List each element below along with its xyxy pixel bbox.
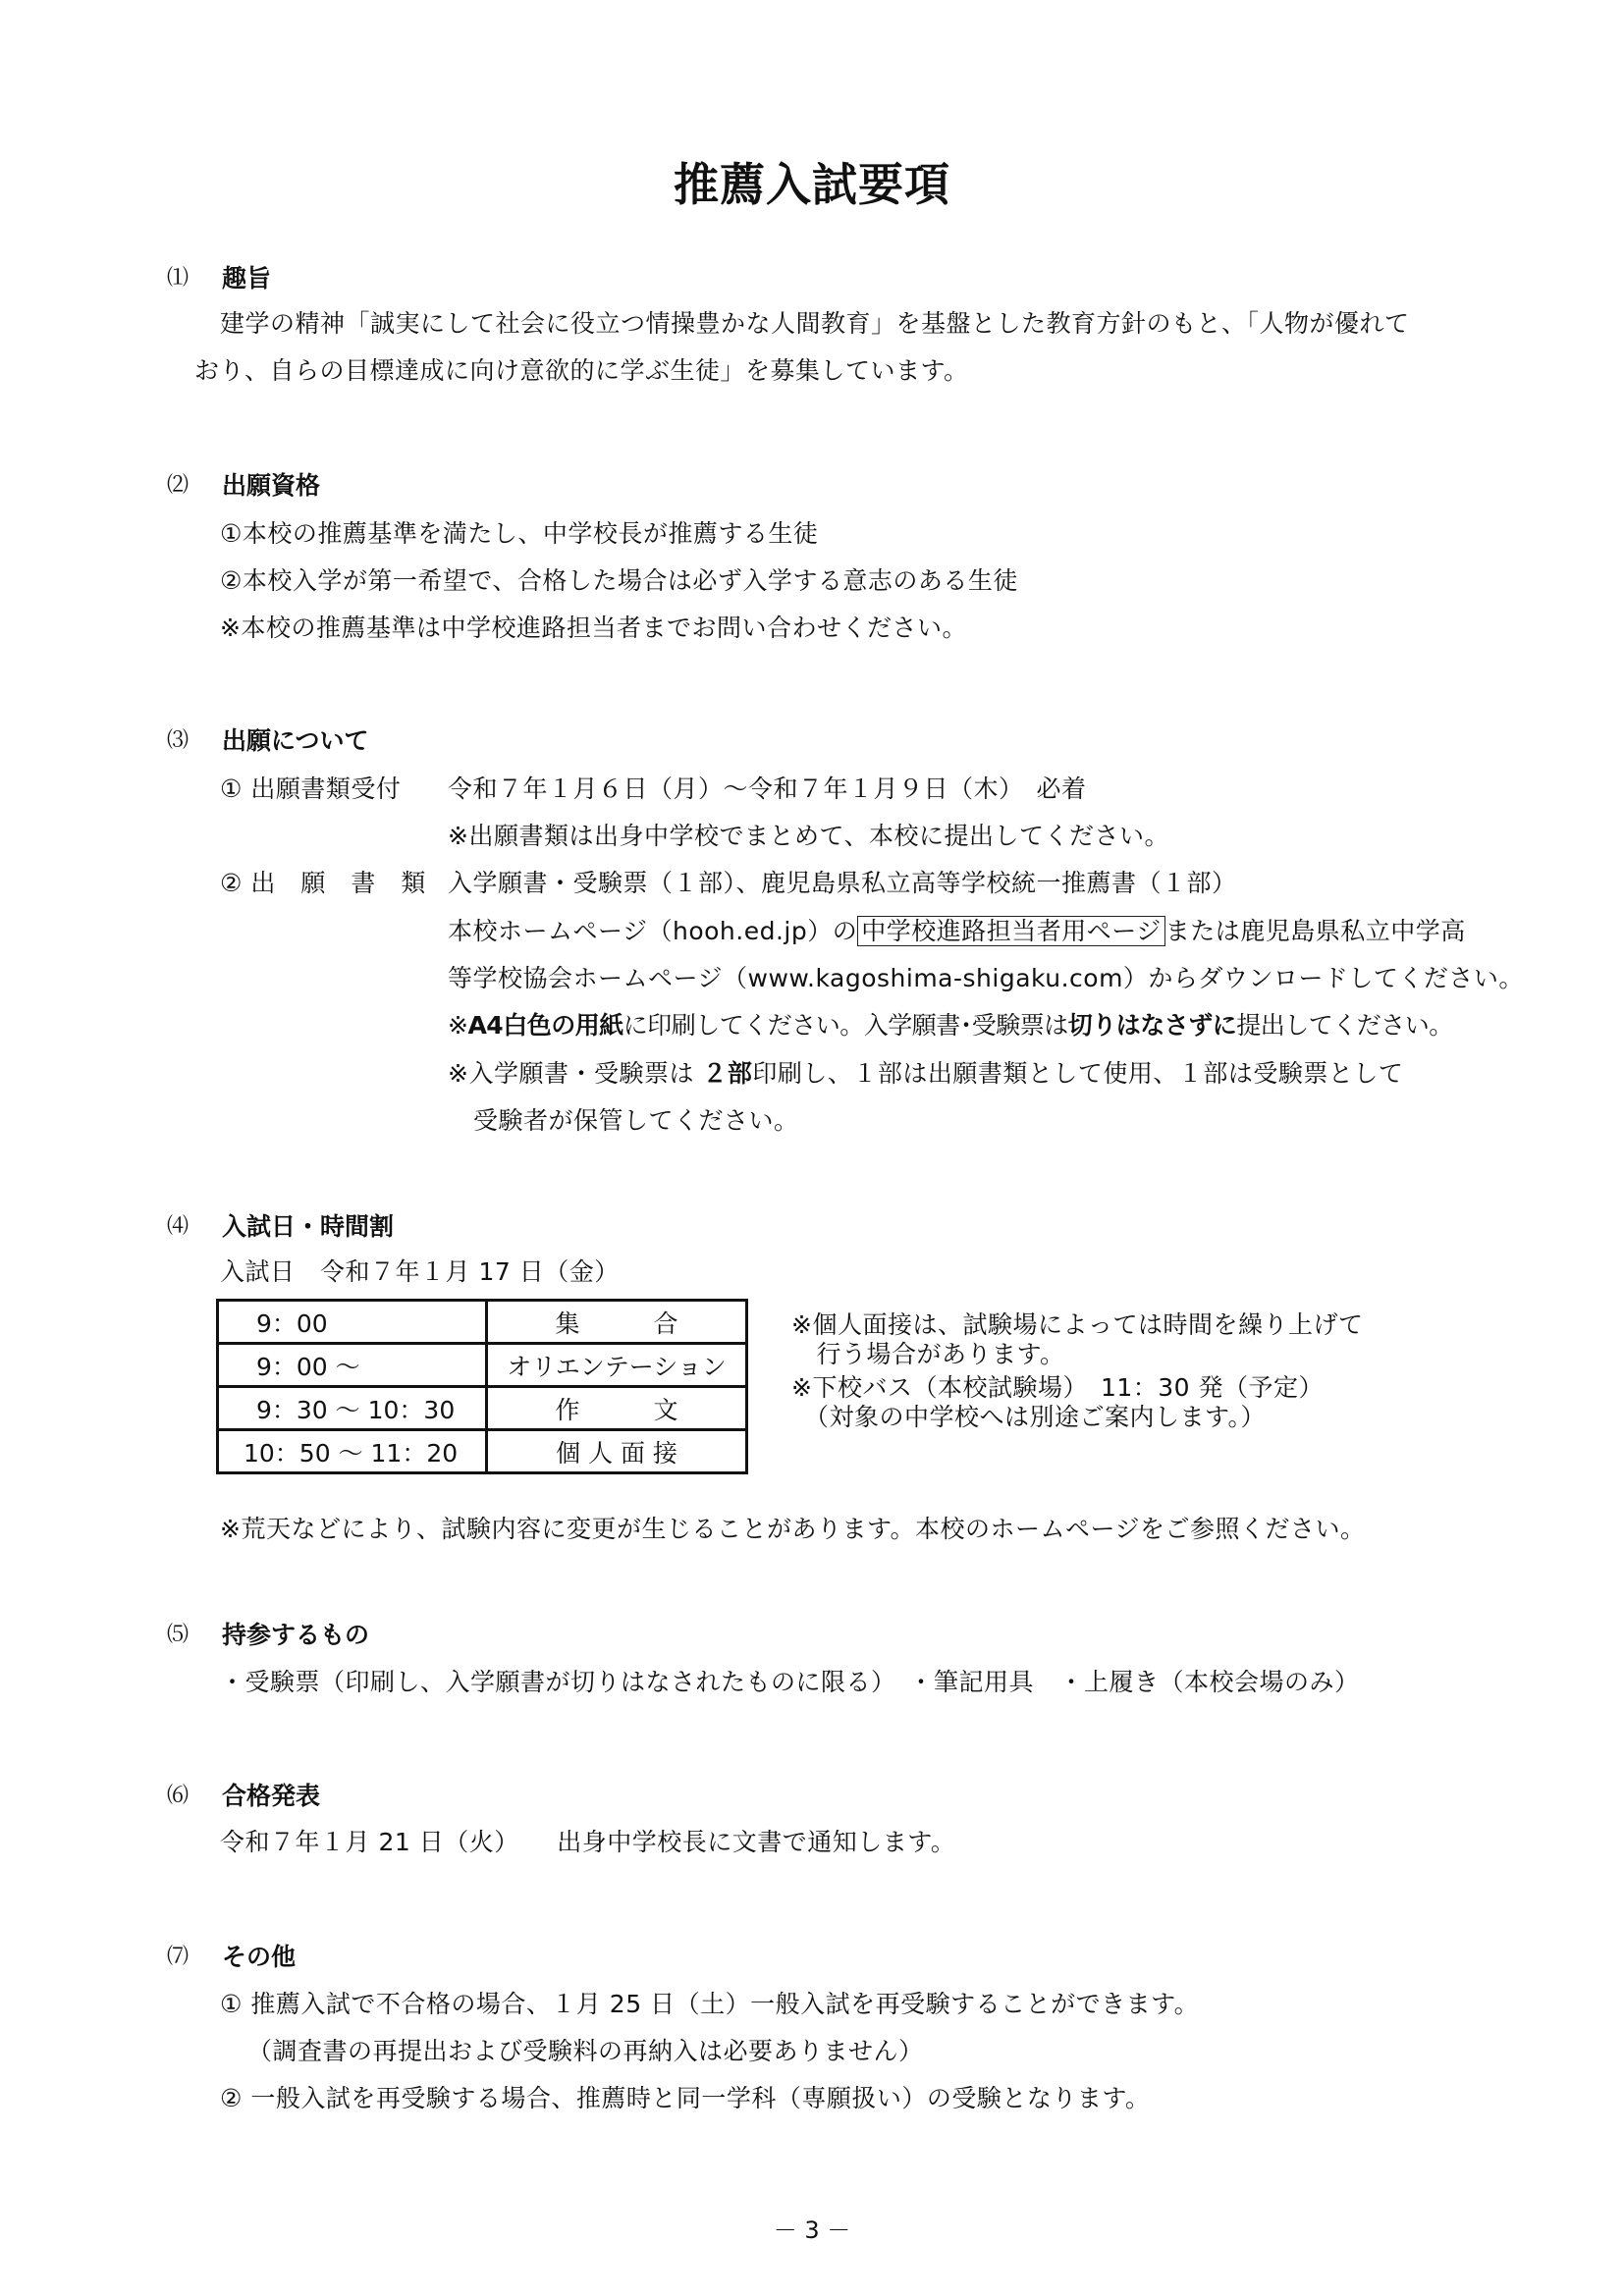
note-text-end: 印刷し、１部は出願書類として使用、１部は受験票として	[752, 1059, 1403, 1088]
section-3-heading: 出願について	[222, 721, 369, 757]
page-title: 推薦入試要項	[0, 149, 1624, 214]
section-2-line-3: ※本校の推薦基準は中学校進路担当者までお問い合わせください。	[220, 609, 967, 644]
section-2-line-2: ②本校入学が第一希望で、合格した場合は必ず入学する意志のある生徒	[220, 561, 1018, 597]
download-info-text: 本校ホームページ（hooh.ed.jp）の	[448, 917, 857, 945]
page-number: － 3 －	[0, 2211, 1624, 2245]
note-mark: ※	[448, 1011, 467, 1040]
application-docs-label: ② 出 願 書 類	[220, 864, 426, 899]
a4-paper-emphasis: A4白色の用紙	[467, 1011, 623, 1040]
section-1-line-2: おり、自らの目標達成に向け意欲的に学ぶ生徒」を募集しています。	[194, 351, 969, 387]
print-note-2-cont: 受験者が保管してください。	[473, 1101, 799, 1137]
other-line-1: ① 推薦入試で不合格の場合、１月 25 日（土）一般入試を再受験することができま…	[220, 1985, 1199, 2020]
schedule-activity: オリエンテーション	[487, 1344, 747, 1387]
other-line-3: ② 一般入試を再受験する場合、推薦時と同一学科（専願扱い）の受験となります。	[220, 2079, 1150, 2114]
table-row: 10：50 ～ 11：20 個 人 面 接	[218, 1430, 747, 1473]
exam-date: 入試日 令和７年１月 17 日（金）	[220, 1253, 620, 1288]
counselor-page-link[interactable]: 中学校進路担当者用ページ	[857, 916, 1165, 946]
section-1-line-1: 建学の精神「誠実にして社会に役立つ情操豊かな人間教育」を基盤とした教育方針のもと…	[220, 304, 1410, 340]
section-6-number: ⑹	[167, 1779, 189, 1809]
schedule-activity: 作 文	[487, 1387, 747, 1430]
table-row: 9：30 ～ 10：30 作 文	[218, 1387, 747, 1430]
section-4-number: ⑷	[167, 1209, 189, 1240]
section-5-heading: 持参するもの	[222, 1616, 369, 1651]
side-note-line-4: （対象の中学校へは別途ご案内します。）	[791, 1398, 1266, 1433]
other-line-2: （調査書の再提出および受験料の再納入は必要ありません）	[247, 2032, 924, 2067]
section-2-number: ⑵	[167, 468, 189, 499]
two-copies-emphasis: ２部	[702, 1059, 752, 1088]
schedule-time: 9：00	[218, 1301, 487, 1344]
section-1-number: ⑴	[167, 261, 189, 292]
section-7-heading: その他	[222, 1938, 296, 1973]
schedule-activity: 集 合	[487, 1301, 747, 1344]
section-2-line-1: ①本校の推薦基準を満たし、中学校長が推薦する生徒	[220, 514, 818, 550]
section-5-number: ⑸	[167, 1618, 189, 1648]
no-detach-emphasis: 切りはなさずに	[1068, 1011, 1237, 1040]
section-7-number: ⑺	[167, 1940, 189, 1970]
announcement-date: 令和７年１月 21 日（火） 出身中学校長に文書で通知します。	[220, 1823, 955, 1858]
weather-footnote: ※荒天などにより、試験内容に変更が生じることがあります。本校のホームページをご参…	[220, 1510, 1365, 1545]
application-period-label: ① 出願書類受付	[220, 770, 401, 805]
note-text: ※入学願書・受験票は	[448, 1059, 702, 1088]
side-note-line-2: 行う場合があります。	[791, 1335, 1065, 1370]
table-row: 9：00 集 合	[218, 1301, 747, 1344]
application-period-value: 令和７年１月６日（月）～令和７年１月９日（木） 必着	[448, 770, 1087, 805]
section-1-heading: 趣旨	[222, 259, 271, 294]
note-text-end: 提出してください。	[1236, 1011, 1453, 1040]
section-3-number: ⑶	[167, 723, 189, 754]
application-period-note: ※出願書類は出身中学校でまとめて、本校に提出してください。	[448, 817, 1169, 852]
print-note-1: ※A4白色の用紙に印刷してください。入学願書･受験票は切りはなさずに提出してくだ…	[448, 1006, 1453, 1041]
schedule-time: 9：00 ～	[218, 1344, 487, 1387]
download-info-text-cont: または鹿児島県私立中学高	[1165, 917, 1466, 945]
print-note-2: ※入学願書・受験票は ２部印刷し、１部は出願書類として使用、１部は受験票として	[448, 1054, 1403, 1090]
download-info-line-2: 等学校協会ホームページ（www.kagoshima-shigaku.com）から…	[448, 959, 1524, 994]
section-6-heading: 合格発表	[222, 1777, 320, 1812]
schedule-time: 9：30 ～ 10：30	[218, 1387, 487, 1430]
schedule-table: 9：00 集 合 9：00 ～ オリエンテーション 9：30 ～ 10：30 作…	[216, 1299, 748, 1474]
items-to-bring: ・受験票（印刷し、入学願書が切りはなされたものに限る） ・筆記用具 ・上履き（本…	[220, 1663, 1360, 1698]
application-docs-value: 入学願書・受験票（１部）、鹿児島県私立高等学校統一推薦書（１部）	[448, 864, 1237, 899]
section-2-heading: 出願資格	[222, 466, 320, 502]
schedule-time: 10：50 ～ 11：20	[218, 1430, 487, 1473]
note-text: に印刷してください。入学願書･受験票は	[623, 1011, 1068, 1040]
table-row: 9：00 ～ オリエンテーション	[218, 1344, 747, 1387]
schedule-activity: 個 人 面 接	[487, 1430, 747, 1473]
download-info-line-1: 本校ホームページ（hooh.ed.jp）の中学校進路担当者用ページまたは鹿児島県…	[448, 912, 1466, 947]
section-4-heading: 入試日・時間割	[222, 1207, 394, 1243]
